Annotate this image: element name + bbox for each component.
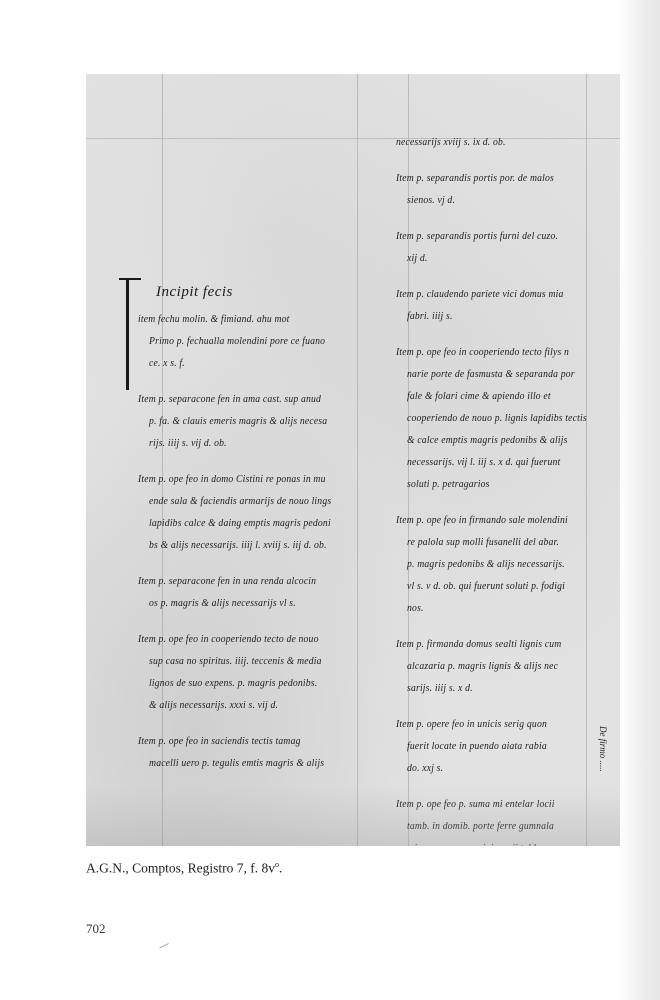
manuscript-line: & alijs necessarijs. xxxi s. vij d. [138, 695, 368, 717]
ledger-entry: Item p. separacone fen in una renda alco… [138, 571, 388, 615]
manuscript-line: macelli uero p. tegulis emtis magris & a… [138, 753, 368, 775]
manuscript-line: cooperiendo de nouo p. lignis lapidibs t… [396, 408, 603, 430]
manuscript-line: Item p. ope feo in firmando sale molendi… [396, 510, 603, 532]
manuscript-line: ce. x s. f. [138, 353, 368, 375]
ledger-entry: Item p. claudendo pariete vici domus mia… [396, 284, 620, 328]
manuscript-line: fabri. iiij s. [396, 306, 603, 328]
manuscript-line: fuerit locate in puendo aiata rabia [396, 736, 603, 758]
manuscript-line: sarijs. iiij s. x d. [396, 678, 603, 700]
manuscript-line: bs & alijs necessarijs. iiij l. xviij s.… [138, 535, 368, 557]
left-text-column: Incipit fecis item fechu molin. & fimian… [138, 284, 388, 789]
manuscript-line: do. xxj s. [396, 758, 603, 780]
ledger-entry: Item p. opere feo in unicis serig quonfu… [396, 714, 620, 780]
stray-mark [159, 943, 170, 952]
manuscript-line: Item p. ope feo in cooperiendo tecto de … [138, 629, 368, 651]
ledger-entry: Item p. ope feo in firmando sale molendi… [396, 510, 620, 620]
caption-text: A.G.N., Comptos, Registro 7, f. 8v [86, 861, 275, 876]
manuscript-line: rijs. iiij s. vij d. ob. [138, 433, 368, 455]
figure-caption: A.G.N., Comptos, Registro 7, f. 8vo. [86, 860, 282, 877]
ledger-entry: Item p. ope feo in domo Cistini re ponas… [138, 469, 388, 557]
manuscript-line: necessarijs xviij s. ix d. ob. [396, 132, 603, 154]
ledger-entry: Item p. ope feo in saciendis tectis tama… [138, 731, 388, 775]
manuscript-line: Item p. ope feo p. suma mi entelar locii [396, 794, 603, 816]
section-heading: Incipit fecis [156, 284, 388, 301]
manuscript-line: tamb. in domib. porte ferre gumnala [396, 816, 603, 838]
manuscript-line: necessarijs. vij l. iij s. x d. qui fuer… [396, 452, 603, 474]
ledger-entry: Item p. separandis portis furni del cuzo… [396, 226, 620, 270]
ledger-entry: Item p. separandis portis por. de maloss… [396, 168, 620, 212]
manuscript-line: vl s. v d. ob. qui fuerunt soluti p. fod… [396, 576, 603, 598]
manuscript-line: Item p. separacone fen in una renda alco… [138, 571, 368, 593]
manuscript-line: alcazaria p. magris lignis & alijs nec [396, 656, 603, 678]
manuscript-line: soluti p. petragarios [396, 474, 603, 496]
manuscript-line: Item p. claudendo pariete vici domus mia [396, 284, 603, 306]
manuscript-line: p. fa. & clauis emeris magris & alijs ne… [138, 411, 368, 433]
manuscript-line: Item p. ope feo in saciendis tectis tama… [138, 731, 368, 753]
manuscript-line: os p. magris & alijs necessarijs vl s. [138, 593, 368, 615]
manuscript-line: Item p. separacone fen in ama cast. sup … [138, 389, 368, 411]
manuscript-line: Item p. opere feo in unicis serig quon [396, 714, 603, 736]
margin-note: De firmo ..... [598, 726, 608, 772]
page-number: 702 [86, 921, 106, 937]
manuscript-line: xij d. [396, 248, 603, 270]
page-gutter-shadow [618, 0, 660, 1000]
caption-suffix: . [279, 861, 282, 876]
manuscript-line: Item p. ope feo in domo Cistini re ponas… [138, 469, 368, 491]
manuscript-line: lignos de suo expens. p. magris pedonibs… [138, 673, 368, 695]
ledger-entry: item fechu molin. & fimiand. ahu motPrim… [138, 309, 388, 375]
manuscript-line: Item p. separandis portis por. de malos [396, 168, 603, 190]
ledger-entry: Item p. firmanda domus sealti lignis cum… [396, 634, 620, 700]
manuscript-line: Item p. ope feo in cooperiendo tecto fil… [396, 342, 603, 364]
ledger-entry: Item p. ope feo in cooperiendo tecto de … [138, 629, 388, 717]
manuscript-line: Primo p. fechualla molendini pore ce fua… [138, 331, 368, 353]
manuscript-line: & calce emptis magris pedonibs & alijs [396, 430, 603, 452]
right-text-column: necessarijs xviij s. ix d. ob.Item p. se… [396, 132, 620, 846]
ledger-entry: Item p. separacone fen in ama cast. sup … [138, 389, 388, 455]
manuscript-line: nos. [396, 598, 603, 620]
manuscript-line: item fechu molin. & fimiand. ahu mot [138, 309, 368, 331]
manuscript-line: lapidibs calce & daing emptis magris ped… [138, 513, 368, 535]
manuscript-line: sup casa no spiritus. iiij. teccenis & m… [138, 651, 368, 673]
ledger-entry: necessarijs xviij s. ix d. ob. [396, 132, 620, 154]
ledger-entry: Item p. ope feo p. suma mi entelar locii… [396, 794, 620, 846]
ledger-entry: Item p. ope feo in cooperiendo tecto fil… [396, 342, 620, 496]
manuscript-photograph: Incipit fecis item fechu molin. & fimian… [86, 74, 620, 846]
manuscript-line: narie porte de fasmusta & separanda por [396, 364, 603, 386]
manuscript-line: p. magris pedonibs & alijs necessarijs. [396, 554, 603, 576]
manuscript-line: mi suma no compuiuias. vij tablas [396, 838, 603, 846]
manuscript-line: fale & folari cime & apiendo illo et [396, 386, 603, 408]
manuscript-line: Item p. firmanda domus sealti lignis cum [396, 634, 603, 656]
manuscript-line: Item p. separandis portis furni del cuzo… [396, 226, 603, 248]
manuscript-line: ende sala & faciendis armarijs de nouo l… [138, 491, 368, 513]
manuscript-line: sienos. vj d. [396, 190, 603, 212]
manuscript-line: re palola sup molli fusanelli del abar. [396, 532, 603, 554]
